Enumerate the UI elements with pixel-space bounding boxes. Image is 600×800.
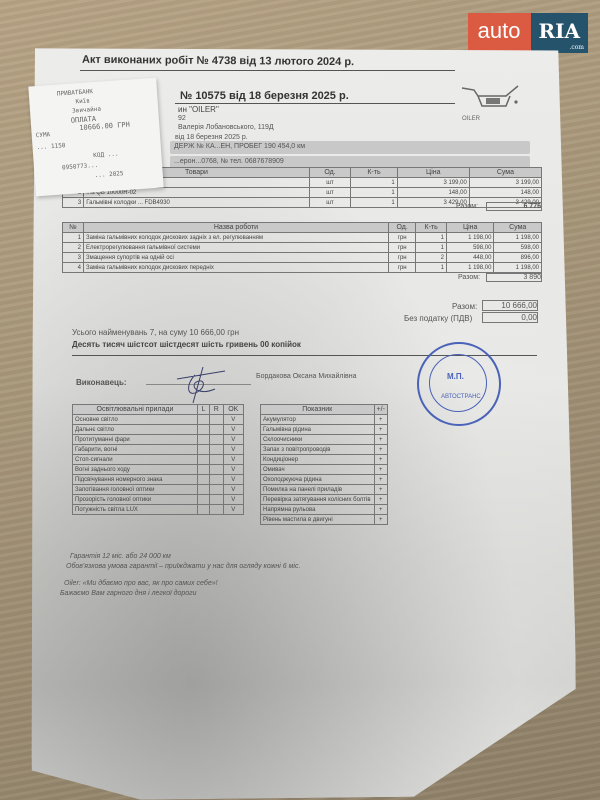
indicator-name: Склоочисники bbox=[261, 435, 375, 445]
light-name: Дальнє світло bbox=[73, 425, 198, 435]
logo-caption: OILER bbox=[462, 116, 480, 122]
watermark-auto: auto bbox=[468, 13, 531, 53]
goods-col-header: Сума bbox=[469, 168, 541, 178]
works-total: 3 890 bbox=[486, 273, 542, 282]
vehicle-line: ДЕРЖ № КА...ЕН, ПРОБЕГ 190 454,0 км bbox=[174, 143, 305, 150]
indicator-value: + bbox=[374, 495, 388, 505]
right-check bbox=[209, 415, 223, 425]
work-name: Змащення супортів на одній осі bbox=[83, 253, 388, 263]
receipt-sum-label: СУМА bbox=[36, 131, 51, 139]
right-check bbox=[209, 495, 223, 505]
indicators-table: Показник+/- Акумулятор+Гальмівна рідина+… bbox=[260, 404, 388, 525]
light-name: Стоп-сигнали bbox=[73, 455, 198, 465]
oiler-logo-icon bbox=[460, 82, 520, 112]
company-name: ин "OILER" bbox=[178, 105, 219, 114]
sum: 148,00 bbox=[469, 188, 541, 198]
table-row: Прозорість головної оптикиV bbox=[73, 495, 244, 505]
indicator-name: Помилка на панелі приладів bbox=[261, 485, 375, 495]
light-name: Прозорість головної оптики bbox=[73, 495, 198, 505]
ok-check: V bbox=[223, 465, 243, 475]
goods-col-header: Од. bbox=[309, 168, 351, 178]
sum: 1 198,00 bbox=[494, 263, 542, 273]
right-check bbox=[209, 465, 223, 475]
table-row: Запах з повітропроводів+ bbox=[261, 445, 388, 455]
indicator-value: + bbox=[374, 455, 388, 465]
stamp-mp: М.П. bbox=[447, 372, 464, 381]
price: 1 198,00 bbox=[446, 233, 494, 243]
amount-in-words: Десять тисяч шістсот шістдесят шість гри… bbox=[72, 340, 301, 349]
left-check bbox=[197, 425, 209, 435]
ok-check: V bbox=[223, 475, 243, 485]
indicator-name: Омивач bbox=[261, 465, 375, 475]
act-title-rule bbox=[80, 70, 455, 71]
autoria-watermark: auto RIA .com bbox=[468, 13, 588, 53]
vat-label: Без податку (ПДВ) bbox=[404, 314, 472, 323]
receipt-line: ... 2025 bbox=[94, 170, 123, 179]
left-check bbox=[197, 485, 209, 495]
table-row: Акумулятор+ bbox=[261, 415, 388, 425]
act-title: Акт виконаних робіт № 4738 від 13 лютого… bbox=[82, 54, 354, 68]
indicator-name: Рівень мастила в двигуні bbox=[261, 515, 375, 525]
indicator-value: + bbox=[374, 475, 388, 485]
table-row: 1Заміна гальмівних колодок дискових задн… bbox=[63, 233, 542, 243]
indicator-value: + bbox=[374, 485, 388, 495]
indicator-col-header: Показник bbox=[261, 405, 375, 415]
ok-check: V bbox=[223, 495, 243, 505]
table-row: Гальмівна рідина+ bbox=[261, 425, 388, 435]
goods-col-header: Ціна bbox=[397, 168, 469, 178]
watermark-suffix: .com bbox=[569, 44, 584, 51]
goods-total: 6 776 bbox=[486, 202, 542, 211]
row-number: 4 bbox=[63, 263, 84, 273]
works-col-header: Назва роботи bbox=[83, 223, 388, 233]
left-check bbox=[197, 465, 209, 475]
ok-check: V bbox=[223, 415, 243, 425]
left-check bbox=[197, 445, 209, 455]
ok-check: V bbox=[223, 485, 243, 495]
table-row: 2Електрорегулювання гальмівної системигр… bbox=[63, 243, 542, 253]
indicator-name: Напрямна рульова bbox=[261, 505, 375, 515]
works-total-label: Разом: bbox=[458, 274, 480, 281]
qty: 1 bbox=[351, 178, 397, 188]
indicator-name: Запах з повітропроводів bbox=[261, 445, 375, 455]
works-col-header: Ціна bbox=[446, 223, 494, 233]
vat-value: 0,00 bbox=[482, 312, 538, 323]
receipt-line: ... 1150 bbox=[36, 142, 65, 151]
left-check bbox=[197, 505, 209, 515]
left-check bbox=[197, 475, 209, 485]
indicator-name: Перевірка затягування колісних болтів bbox=[261, 495, 375, 505]
right-check bbox=[209, 435, 223, 445]
table-row: Дальнє світлоV bbox=[73, 425, 244, 435]
table-row: Помилка на панелі приладів+ bbox=[261, 485, 388, 495]
phone-line: ...ерон...0768, № тел. 0687678909 bbox=[174, 158, 284, 165]
warranty-line-1: Гарантія 12 міс. або 24 000 км bbox=[70, 553, 171, 560]
table-row: Стоп-сигналиV bbox=[73, 455, 244, 465]
price: 148,00 bbox=[397, 188, 469, 198]
table-row: Вогні заднього ходуV bbox=[73, 465, 244, 475]
indicator-name: Акумулятор bbox=[261, 415, 375, 425]
indicator-value: + bbox=[374, 415, 388, 425]
ok-check: V bbox=[223, 425, 243, 435]
left-check bbox=[197, 435, 209, 445]
works-col-header: Сума bbox=[494, 223, 542, 233]
indicator-value: + bbox=[374, 435, 388, 445]
right-check bbox=[209, 485, 223, 495]
stamp-inner-ring bbox=[429, 354, 487, 412]
watermark-ria: RIA .com bbox=[531, 13, 589, 53]
table-row: Потужність світла LUXV bbox=[73, 505, 244, 515]
table-row: Перевірка затягування колісних болтів+ bbox=[261, 495, 388, 505]
indicator-value: + bbox=[374, 465, 388, 475]
price: 598,00 bbox=[446, 243, 494, 253]
row-number: 3 bbox=[63, 198, 84, 208]
right-check bbox=[209, 475, 223, 485]
indicator-value: + bbox=[374, 515, 388, 525]
date-line: від 18 березня 2025 р. bbox=[175, 134, 248, 141]
table-row: Протитуманні фариV bbox=[73, 435, 244, 445]
price: 1 198,00 bbox=[446, 263, 494, 273]
signature-icon bbox=[175, 365, 235, 405]
work-name: Заміна гальмівних колодок дискових перед… bbox=[83, 263, 388, 273]
unit: грн bbox=[389, 243, 416, 253]
slogan-line-2: Бажаємо Вам гарного дня і легкої дороги bbox=[60, 590, 196, 597]
light-name: Основне світло bbox=[73, 415, 198, 425]
pos-receipt: ПРИВАТБАНК Київ Звичайна ОПЛАТА 10666.00… bbox=[28, 78, 163, 197]
address: Валерія Лобановського, 119Д bbox=[178, 124, 274, 131]
goods-total-label: Разом: bbox=[456, 203, 478, 210]
qty: 1 bbox=[416, 243, 447, 253]
work-name: Заміна гальмівних колодок дискових задні… bbox=[83, 233, 388, 243]
left-check bbox=[197, 495, 209, 505]
indicator-value: + bbox=[374, 505, 388, 515]
sum: 598,00 bbox=[494, 243, 542, 253]
unit: грн bbox=[389, 263, 416, 273]
qty: 2 bbox=[416, 253, 447, 263]
light-name: Підсвічування номерного знака bbox=[73, 475, 198, 485]
table-row: Рівень мастила в двигуні+ bbox=[261, 515, 388, 525]
ok-check: V bbox=[223, 445, 243, 455]
table-row: Запотівання головної оптикиV bbox=[73, 485, 244, 495]
receipt-card: 0950773... bbox=[62, 162, 99, 172]
left-check bbox=[197, 455, 209, 465]
works-col-header: К-ть bbox=[416, 223, 447, 233]
price: 448,00 bbox=[446, 253, 494, 263]
indicator-name: Охолоджуюча рідина bbox=[261, 475, 375, 485]
watermark-ria-text: RIA bbox=[539, 19, 581, 43]
line-code: 92 bbox=[178, 115, 186, 122]
row-number: 3 bbox=[63, 253, 84, 263]
works-table: №Назва роботиОд.К-тьЦінаСума 1Заміна гал… bbox=[62, 222, 542, 273]
unit: шт bbox=[309, 198, 351, 208]
grand-total-label: Разом: bbox=[452, 302, 477, 311]
lights-col-header: L bbox=[197, 405, 209, 415]
qty: 1 bbox=[351, 188, 397, 198]
table-row: Основне світлоV bbox=[73, 415, 244, 425]
right-check bbox=[209, 425, 223, 435]
table-row: Підсвічування номерного знакаV bbox=[73, 475, 244, 485]
right-check bbox=[209, 505, 223, 515]
sum: 1 198,00 bbox=[494, 233, 542, 243]
executor-label: Виконавець: bbox=[76, 378, 127, 387]
works-col-header: Од. bbox=[389, 223, 416, 233]
table-row: Склоочисники+ bbox=[261, 435, 388, 445]
ok-check: V bbox=[223, 505, 243, 515]
grand-total: 10 666,00 bbox=[482, 300, 538, 311]
goods-col-header: К-ть bbox=[351, 168, 397, 178]
indicator-value: + bbox=[374, 445, 388, 455]
invoice-title: № 10575 від 18 березня 2025 р. bbox=[180, 90, 349, 102]
item-name: Гальмівні колодки ... FDB4930 bbox=[84, 198, 310, 208]
count-line: Усього найменувань 7, на суму 10 666,00 … bbox=[72, 328, 239, 337]
row-number: 2 bbox=[63, 243, 84, 253]
sum: 896,00 bbox=[494, 253, 542, 263]
sum: 3 199,00 bbox=[469, 178, 541, 188]
lights-col-header: OK bbox=[223, 405, 243, 415]
table-row: Охолоджуюча рідина+ bbox=[261, 475, 388, 485]
row-number: 1 bbox=[63, 233, 84, 243]
table-row: Кондиціонер+ bbox=[261, 455, 388, 465]
ok-check: V bbox=[223, 435, 243, 445]
indicator-col-header: +/- bbox=[374, 405, 388, 415]
lights-table: Освітлювальні приладиLROK Основне світло… bbox=[72, 404, 244, 515]
light-name: Вогні заднього ходу bbox=[73, 465, 198, 475]
works-col-header: № bbox=[63, 223, 84, 233]
lights-col-header: R bbox=[209, 405, 223, 415]
unit: шт bbox=[309, 188, 351, 198]
qty: 1 bbox=[351, 198, 397, 208]
company-stamp: М.П. АВТОСТРАНС bbox=[417, 342, 501, 426]
receipt-line: Київ bbox=[75, 97, 90, 105]
right-check bbox=[209, 445, 223, 455]
table-row: 4Заміна гальмівних колодок дискових пере… bbox=[63, 263, 542, 273]
light-name: Запотівання головної оптики bbox=[73, 485, 198, 495]
price: 3 199,00 bbox=[397, 178, 469, 188]
unit: грн bbox=[389, 253, 416, 263]
table-row: Габарити, вогніV bbox=[73, 445, 244, 455]
warranty-line-2: Обов'язкова умова гарантії – приїжджати … bbox=[66, 563, 300, 570]
unit: грн bbox=[389, 233, 416, 243]
indicator-name: Гальмівна рідина bbox=[261, 425, 375, 435]
lights-col-header: Освітлювальні прилади bbox=[73, 405, 198, 415]
light-name: Габарити, вогні bbox=[73, 445, 198, 455]
unit: шт bbox=[309, 178, 351, 188]
executor-name: Бордакова Оксана Михайлівна bbox=[256, 373, 356, 380]
table-row: Напрямна рульова+ bbox=[261, 505, 388, 515]
receipt-bank: ПРИВАТБАНК bbox=[57, 88, 94, 98]
left-check bbox=[197, 415, 209, 425]
table-row: Омивач+ bbox=[261, 465, 388, 475]
invoice-title-rule bbox=[175, 103, 455, 104]
right-check bbox=[209, 455, 223, 465]
indicator-value: + bbox=[374, 425, 388, 435]
work-name: Електрорегулювання гальмівної системи bbox=[83, 243, 388, 253]
light-name: Потужність світла LUX bbox=[73, 505, 198, 515]
slogan-line-1: Oiler: «Ми дбаємо про вас, як про самих … bbox=[64, 580, 218, 587]
table-row: 3Змащення супортів на одній осігрн2448,0… bbox=[63, 253, 542, 263]
receipt-line: КОД ... bbox=[93, 150, 119, 159]
qty: 1 bbox=[416, 263, 447, 273]
receipt-line: Звичайна bbox=[72, 106, 101, 115]
light-name: Протитуманні фари bbox=[73, 435, 198, 445]
stamp-sub: АВТОСТРАНС bbox=[441, 394, 481, 400]
qty: 1 bbox=[416, 233, 447, 243]
ok-check: V bbox=[223, 455, 243, 465]
indicator-name: Кондиціонер bbox=[261, 455, 375, 465]
